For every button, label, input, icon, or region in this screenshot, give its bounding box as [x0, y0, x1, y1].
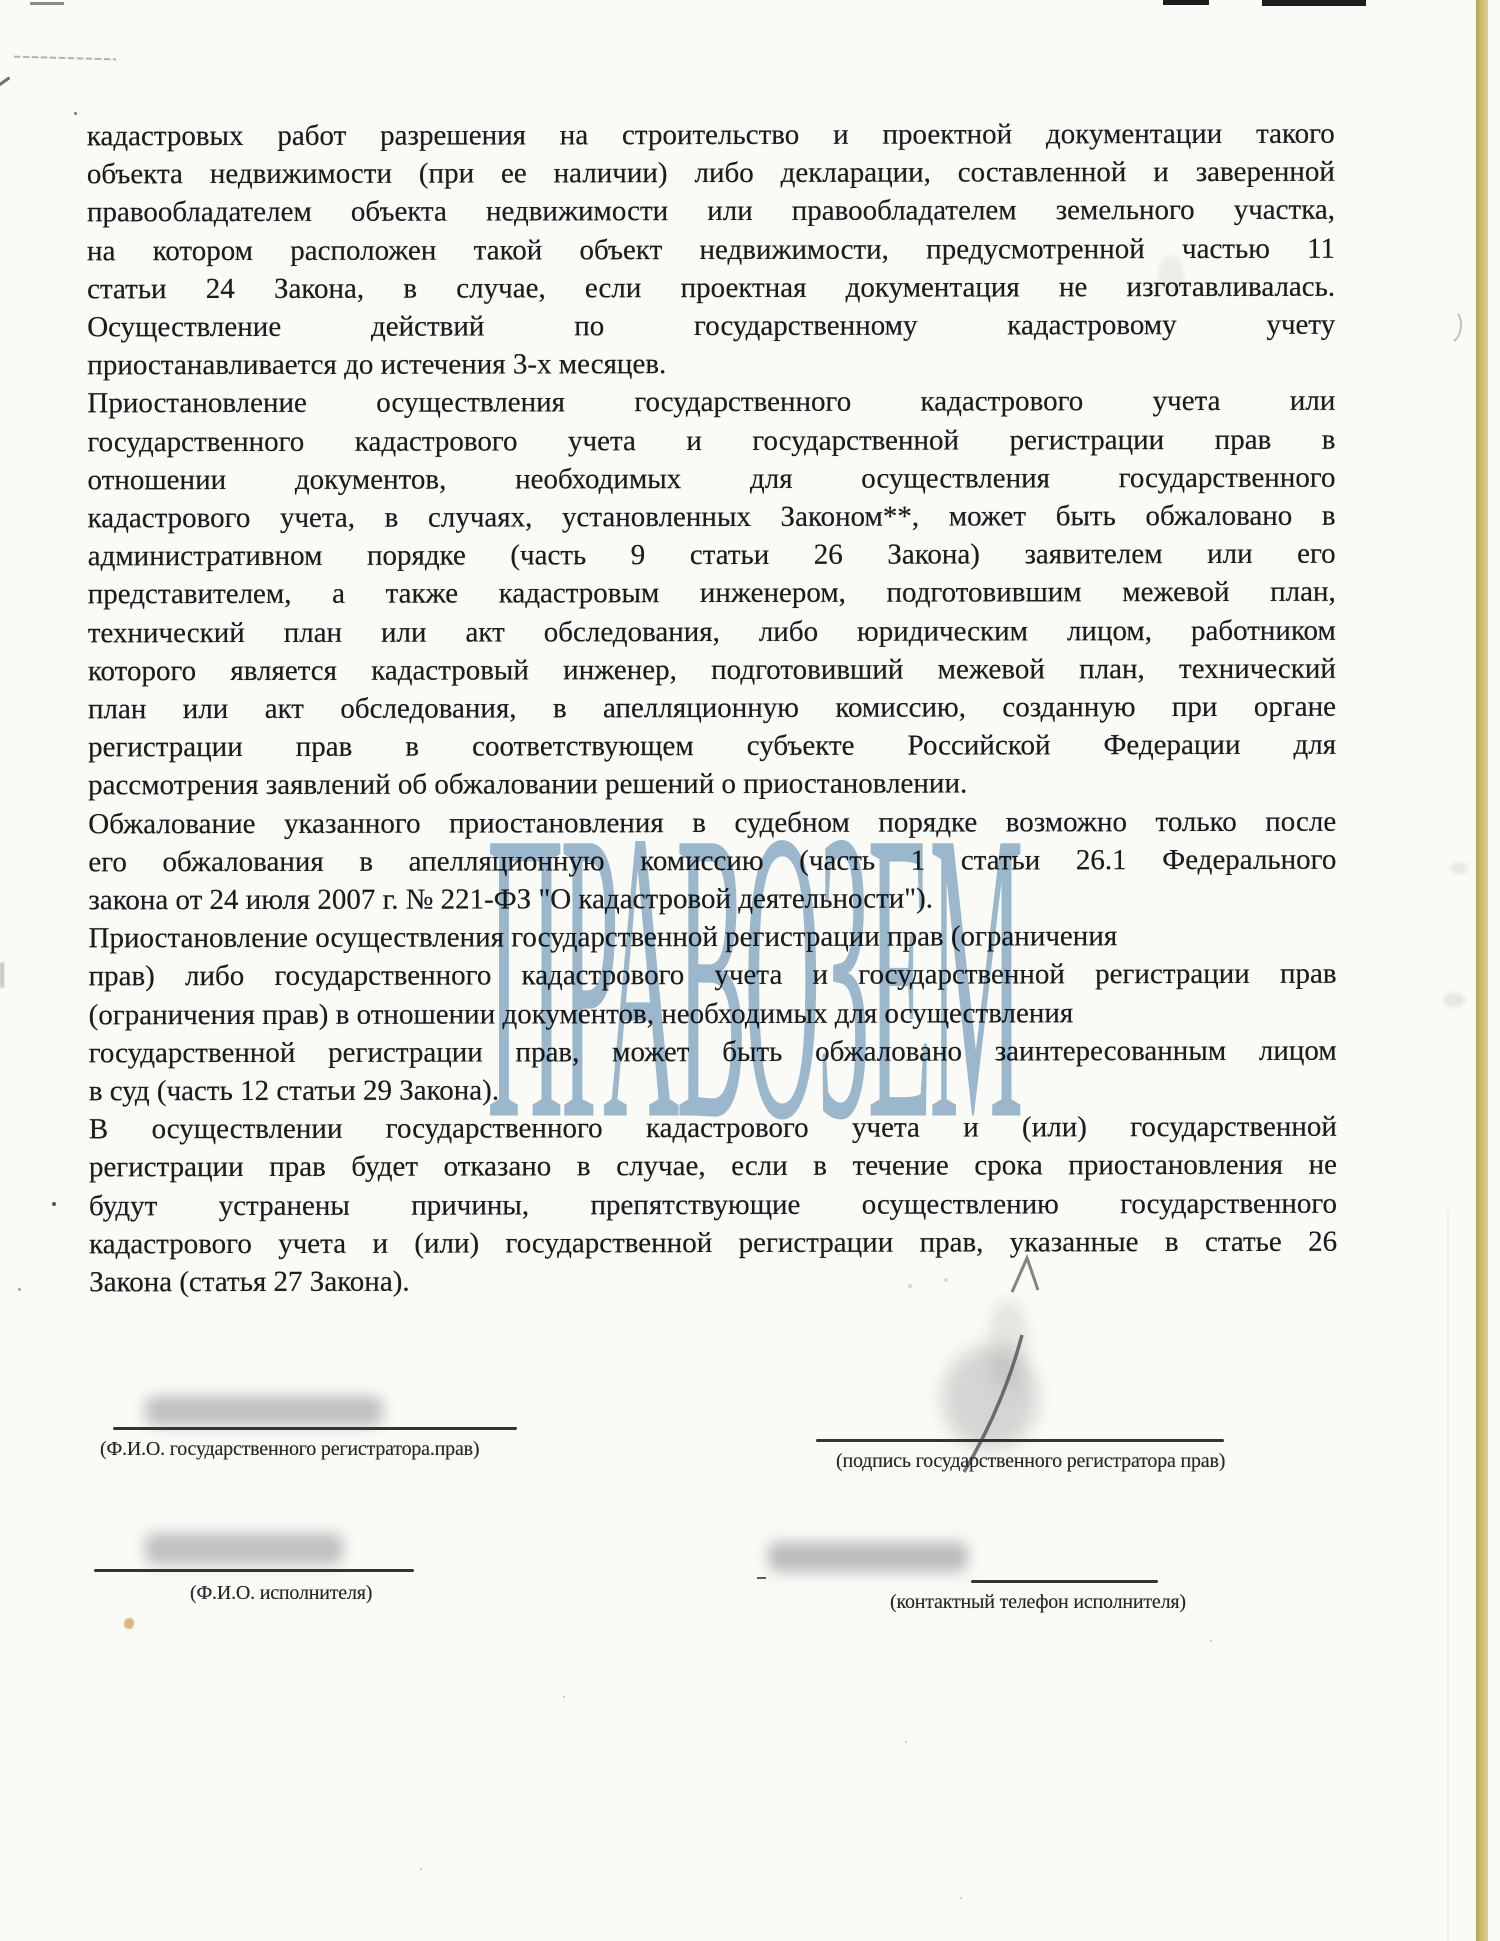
text-line: в суд (часть 12 статьи 29 Закона).: [89, 1070, 1337, 1111]
scan-artifact: [1158, 255, 1184, 295]
text-line: технический план или акт обследования, л…: [88, 611, 1336, 652]
scan-artifact: [18, 1288, 21, 1291]
scan-artifact: [52, 1202, 56, 1206]
scan-artifact: [0, 76, 11, 86]
text-line: представителем, а также кадастровым инже…: [88, 573, 1336, 614]
document-text: кадастровых работ разрешения на строител…: [87, 115, 1337, 1302]
text-line: рассмотрения заявлений об обжаловании ре…: [88, 764, 1336, 805]
executor-phone-signature-line: [971, 1580, 1158, 1583]
registrar-name-signature-line: [113, 1427, 517, 1430]
redacted-registrar-name: [145, 1396, 383, 1426]
scan-artifact: [74, 112, 77, 115]
text-line: статьи 24 Закона, в случае, если проектн…: [87, 268, 1335, 309]
text-line: В осуществлении государственного кадастр…: [89, 1108, 1337, 1149]
redacted-executor-phone: [768, 1542, 968, 1572]
scan-artifact: [1210, 1640, 1212, 1642]
text-line: административном порядке (часть 9 статьи…: [88, 535, 1336, 576]
text-line: его обжалования в апелляционную комиссию…: [88, 841, 1336, 882]
paragraph: В осуществлении государственного кадастр…: [89, 1108, 1337, 1302]
text-line: государственной регистрации прав, может …: [89, 1032, 1337, 1073]
text-line: отношении документов, необходимых для ос…: [87, 459, 1335, 500]
scan-artifact: [1427, 304, 1464, 348]
text-line: Приостановление осуществления государств…: [88, 917, 1336, 958]
registrar-sign-signature-line: [816, 1439, 1224, 1442]
text-line: регистрации прав в соответствующем субъе…: [88, 726, 1336, 767]
text-line: объекта недвижимости (при ее наличии) ли…: [87, 153, 1335, 194]
paragraph: кадастровых работ разрешения на строител…: [87, 115, 1336, 385]
text-line: (ограничения прав) в отношении документо…: [89, 993, 1337, 1034]
scan-artifact: [1450, 862, 1468, 874]
text-line: кадастрового учета и (или) государственн…: [89, 1223, 1337, 1264]
executor-name-signature-line: [94, 1569, 414, 1572]
text-line: план или акт обследования, в апелляционн…: [88, 688, 1336, 729]
executor-name-label: (Ф.И.О. исполнителя): [190, 1582, 372, 1605]
text-line: Обжалование указанного приостановления в…: [88, 802, 1336, 843]
scan-artifact: [420, 1868, 422, 1870]
text-line: Закона (статья 27 Закона).: [89, 1261, 1337, 1302]
scan-edge-strip: [1476, 0, 1488, 1941]
registrar-name-label: (Ф.И.О. государственного регистратора.пр…: [100, 1438, 479, 1461]
text-line: на котором расположен такой объект недви…: [87, 229, 1335, 270]
scan-artifact: [1163, 0, 1209, 5]
scan-artifact: [1262, 0, 1366, 6]
scan-artifact: [905, 1741, 907, 1743]
scan-artifact: [960, 1897, 962, 1899]
executor-phone-label: (контактный телефон исполнителя): [890, 1591, 1186, 1614]
scan-artifact: [1447, 1210, 1449, 1941]
scan-artifact: [0, 962, 4, 988]
scan-artifact: [14, 56, 116, 61]
redacted-executor-name: [145, 1533, 343, 1565]
registrar-sign-label: (подпись государственного регистратора п…: [836, 1450, 1225, 1473]
scan-artifact: [757, 1577, 766, 1579]
paragraph: Приостановление осуществления государств…: [87, 382, 1336, 805]
text-line: Осуществление действий по государственно…: [87, 306, 1335, 347]
scan-artifact: [563, 1696, 565, 1698]
document-page: кадастровых работ разрешения на строител…: [0, 0, 1500, 1941]
text-line: прав) либо государственного кадастрового…: [89, 955, 1337, 996]
text-line: Приостановление осуществления государств…: [87, 382, 1335, 423]
text-line: кадастрового учета, в случаях, установле…: [88, 497, 1336, 538]
text-line: правообладателем объекта недвижимости ил…: [87, 191, 1335, 232]
scan-artifact: [124, 1618, 134, 1629]
text-line: государственного кадастрового учета и го…: [87, 420, 1335, 461]
text-line: которого является кадастровый инженер, п…: [88, 650, 1336, 691]
paragraph: Приостановление осуществления государств…: [88, 917, 1336, 1111]
text-line: регистрации прав будет отказано в случае…: [89, 1146, 1337, 1187]
text-line: кадастровых работ разрешения на строител…: [87, 115, 1335, 156]
paragraph: Обжалование указанного приостановления в…: [88, 802, 1336, 919]
text-line: приостанавливается до истечения 3-х меся…: [87, 344, 1335, 385]
text-line: закона от 24 июля 2007 г. № 221-ФЗ "О ка…: [88, 879, 1336, 920]
scan-artifact: [30, 2, 64, 5]
scan-artifact: [1443, 993, 1465, 1007]
text-line: будут устранены причины, препятствующие …: [89, 1184, 1337, 1225]
